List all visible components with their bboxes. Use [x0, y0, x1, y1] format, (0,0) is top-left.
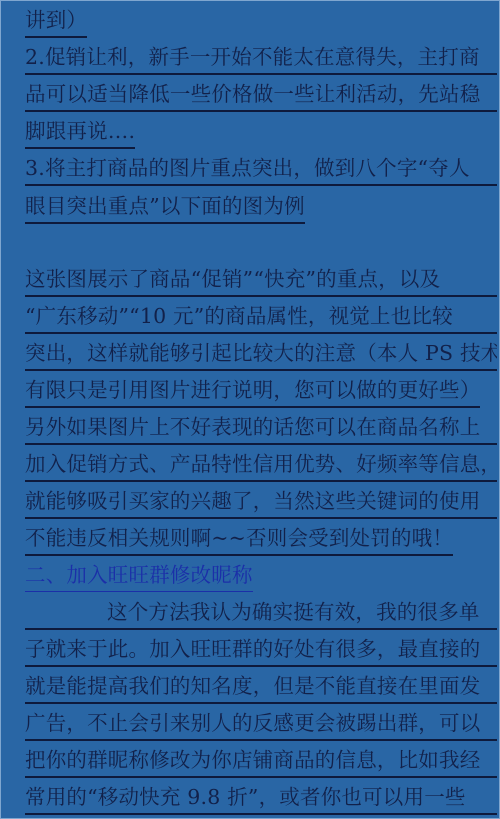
- text-line-content: 突出，这样就能够引起比较大的注意（本人 PS 技术: [25, 338, 497, 371]
- text-line-content: 广告，不止会引来别人的反感更会被踢出群，可以: [25, 708, 497, 741]
- text-line: 不能违反相关规则啊~~否则会受到处罚的哦！: [25, 523, 497, 559]
- text-line: 这个方法我认为确实挺有效，我的很多单: [25, 597, 497, 633]
- text-line-content: 常用的“移动快充 9.8 折”，或者你也可以用一些: [25, 782, 497, 815]
- text-line-content: 就能够吸引买家的兴趣了，当然这些关键词的使用: [25, 486, 497, 519]
- text-line-content: 这个方法我认为确实挺有效，我的很多单: [25, 597, 497, 630]
- text-line: 加入促销方式、产品特性信用优势、好频率等信息，: [25, 449, 497, 485]
- text-line: 常用的“移动快充 9.8 折”，或者你也可以用一些: [25, 782, 497, 818]
- text-line-content: 就是能提高我们的知名度，但是不能直接在里面发: [25, 671, 497, 704]
- text-line: 就是能提高我们的知名度，但是不能直接在里面发: [25, 671, 497, 707]
- text-line: 品可以适当降低一些价格做一些让利活动，先站稳: [25, 79, 497, 115]
- text-line-content: 这张图展示了商品“促销”“快充”的重点，以及: [25, 264, 497, 297]
- document-page: 讲到） 2.促销让利，新手一开始不能太在意得失，主打商 品可以适当降低一些价格做…: [0, 0, 500, 819]
- text-line: 突出，这样就能够引起比较大的注意（本人 PS 技术: [25, 338, 497, 374]
- text-line-content: 眼目突出重点”以下面的图为例: [25, 191, 305, 224]
- text-line-content: 把你的群昵称修改为你店铺商品的信息，比如我经: [25, 745, 497, 778]
- text-line-text: 这个方法我认为确实挺有效，我的很多单: [107, 600, 480, 624]
- text-line: 子就来于此。加入旺旺群的好处有很多，最直接的: [25, 634, 497, 670]
- text-line-content: 讲到）: [25, 5, 87, 38]
- text-line-content: 3.将主打商品的图片重点突出，做到八个字“夺人: [25, 153, 497, 186]
- text-line: 这张图展示了商品“促销”“快充”的重点，以及: [25, 264, 497, 300]
- text-line: 3.将主打商品的图片重点突出，做到八个字“夺人: [25, 153, 497, 189]
- text-line-content: 2.促销让利，新手一开始不能太在意得失，主打商: [25, 42, 497, 75]
- text-line: “广东移动”“10 元”的商品属性，视觉上也比较: [25, 301, 497, 337]
- text-line: 2.促销让利，新手一开始不能太在意得失，主打商: [25, 42, 497, 78]
- text-line: 眼目突出重点”以下面的图为例: [25, 191, 497, 227]
- text-line-content: “广东移动”“10 元”的商品属性，视觉上也比较: [25, 301, 497, 334]
- text-line-content: 不能违反相关规则啊~~否则会受到处罚的哦！: [25, 523, 453, 556]
- text-line-content: 另外如果图片上不好表现的话您可以在商品名称上: [25, 412, 497, 445]
- text-line: 另外如果图片上不好表现的话您可以在商品名称上: [25, 412, 497, 448]
- text-line-content: 子就来于此。加入旺旺群的好处有很多，最直接的: [25, 634, 497, 667]
- text-line: 广告，不止会引来别人的反感更会被踢出群，可以: [25, 708, 497, 744]
- text-line: 讲到）: [25, 5, 497, 41]
- text-line-content: 脚跟再说….: [25, 116, 135, 149]
- section-heading-link[interactable]: 二、加入旺旺群修改昵称: [25, 560, 253, 592]
- text-line: 把你的群昵称修改为你店铺商品的信息，比如我经: [25, 745, 497, 781]
- text-line-content: 加入促销方式、产品特性信用优势、好频率等信息，: [25, 449, 497, 482]
- text-line: 脚跟再说….: [25, 116, 497, 152]
- text-line-content: 有限只是引用图片进行说明，您可以做的更好些）: [25, 375, 480, 408]
- text-line: 就能够吸引买家的兴趣了，当然这些关键词的使用: [25, 486, 497, 522]
- section-heading[interactable]: 二、加入旺旺群修改昵称: [25, 560, 497, 596]
- text-line: 有限只是引用图片进行说明，您可以做的更好些）: [25, 375, 497, 411]
- text-line-content: 品可以适当降低一些价格做一些让利活动，先站稳: [25, 79, 497, 112]
